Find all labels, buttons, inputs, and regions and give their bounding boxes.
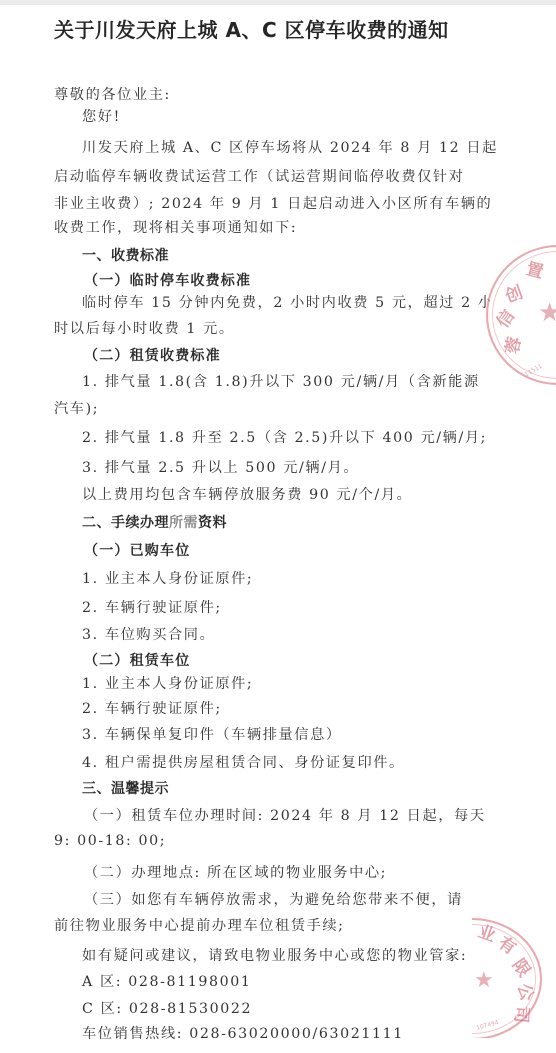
list-item: 2. 排气量 1.8 升至 2.5（含 2.5)升以下 400 元/辆/月;: [82, 427, 487, 447]
section-heading-fees: 一、收费标准: [82, 245, 169, 265]
list-item: 1. 业主本人身份证原件;: [82, 673, 253, 693]
intro-line: 收费工作，现将相关事项通知如下:: [54, 217, 297, 237]
section-heading-documents: 二、手续办理所需资料: [82, 512, 227, 532]
list-item: 汽车);: [54, 398, 99, 418]
tip-line: （一）租赁车位办理时间: 2024 年 8 月 12 日起，每天: [84, 805, 486, 825]
list-item: 3. 排气量 2.5 升以上 500 元/辆/月。: [82, 457, 359, 477]
intro-line: 非业主收费）; 2024 年 9 月 1 日起启动进入小区所有车辆的: [54, 193, 492, 213]
subheading-rental-fees: （二）租赁收费标准: [84, 345, 221, 365]
tip-line: 前往物业服务中心提前办理车位租赁手续;: [54, 915, 345, 935]
contact-zone-c: C 区: 028-81530022: [82, 998, 252, 1018]
contact-sales-hotline: 车位销售热线: 028-63020000/63021111: [82, 1023, 404, 1043]
list-item: 3. 车位购买合同。: [82, 624, 215, 644]
company-seal-upper: 置 创 信 蓉 ★ 11511: [486, 245, 556, 385]
salutation: 尊敬的各位业主:: [54, 84, 171, 104]
seal-char: 蓉: [505, 336, 525, 356]
heading-part: 资料: [198, 515, 227, 531]
heading-part-faded: 所需: [169, 515, 198, 531]
seal-char: 司: [511, 1005, 529, 1023]
body-line: 临时停车 15 分钟内免费，2 小时内收费 5 元，超过 2 小: [82, 292, 494, 312]
subheading-purchased-space: （一）已购车位: [84, 540, 190, 560]
heading-part: 二、手续办理: [82, 515, 169, 531]
list-item: 4. 租户需提供房屋租赁合同、身份证复印件。: [82, 752, 405, 772]
tip-line: 9: 00-18: 00;: [54, 833, 166, 849]
list-item: 2. 车辆行驶证原件;: [82, 698, 222, 718]
section-heading-tips: 三、温馨提示: [82, 778, 169, 798]
document-title: 关于川发天府上城 A、C 区停车收费的通知: [54, 14, 449, 43]
subheading-rented-space: （二）租赁车位: [84, 650, 190, 670]
fee-note: 以上费用均包含车辆停放服务费 90 元/个/月。: [82, 484, 412, 504]
intro-line: 启动临停车辆收费试运营工作（试运营期间临停收费仅针对: [54, 166, 464, 186]
tip-line: （三）如您有车辆停放需求，为避免给您带来不便，请: [84, 889, 463, 909]
top-bar: [0, 0, 556, 5]
body-line: 时以后每小时收费 1 元。: [54, 318, 235, 338]
seal-star-icon: ★: [538, 300, 556, 326]
tip-line: （二）办理地点: 所在区域的物业服务中心;: [84, 862, 387, 882]
list-item: 2. 车辆行驶证原件;: [82, 597, 222, 617]
list-item: 3. 车辆保单复印件（车辆排量信息）: [82, 724, 342, 744]
greeting: 您好!: [82, 106, 121, 126]
company-seal-lower: 业 有 限 公 司 ★ 107494: [472, 918, 556, 1038]
seal-star-icon: ★: [474, 970, 494, 992]
intro-line: 川发天府上城 A、C 区停车场将从 2024 年 8 月 12 日起: [82, 137, 498, 157]
list-item: 1. 排气量 1.8(含 1.8)升以下 300 元/辆/月（含新能源: [82, 371, 480, 391]
contact-intro: 如有疑问或建议，请致电物业服务中心或您的物业管家:: [82, 945, 467, 965]
subheading-temporary-parking: （一）临时停车收费标准: [84, 270, 251, 290]
list-item: 1. 业主本人身份证原件;: [82, 568, 253, 588]
contact-zone-a: A 区: 028-81198001: [82, 971, 252, 991]
